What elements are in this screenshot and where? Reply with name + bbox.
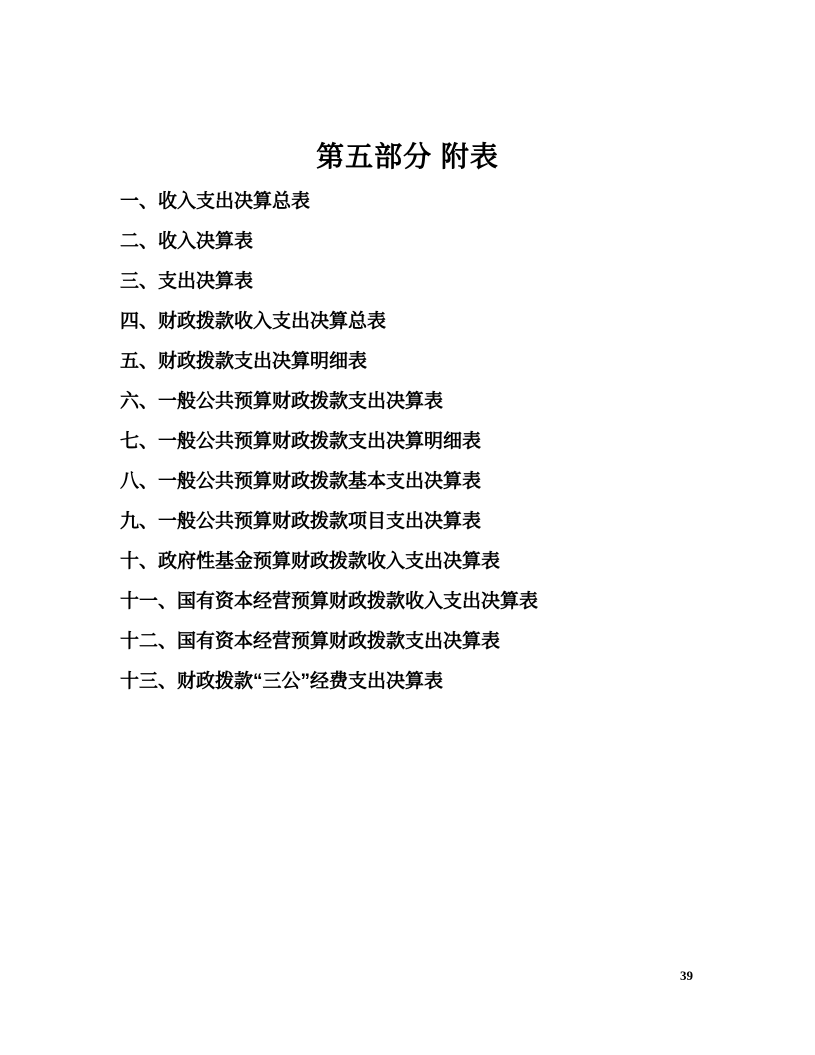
list-item-8: 八、一般公共预算财政拨款基本支出决算表 <box>120 462 755 502</box>
list-item-13: 十三、财政拨款“三公”经费支出决算表 <box>120 662 755 702</box>
list-item-7: 七、一般公共预算财政拨款支出决算明细表 <box>120 422 755 462</box>
page-title: 第五部分 附表 <box>0 137 815 177</box>
document-page: 第五部分 附表 一、收入支出决算总表 二、收入决算表 三、支出决算表 四、财政拨… <box>0 0 815 1055</box>
list-item-10: 十、政府性基金预算财政拨款收入支出决算表 <box>120 542 755 582</box>
list-item-4: 四、财政拨款收入支出决算总表 <box>120 302 755 342</box>
list-item-2: 二、收入决算表 <box>120 222 755 262</box>
list-item-9: 九、一般公共预算财政拨款项目支出决算表 <box>120 502 755 542</box>
list-item-3: 三、支出决算表 <box>120 262 755 302</box>
list-item-11: 十一、国有资本经营预算财政拨款收入支出决算表 <box>120 582 755 622</box>
page-number: 39 <box>680 968 693 984</box>
list-item-6: 六、一般公共预算财政拨款支出决算表 <box>120 382 755 422</box>
list-item-1: 一、收入支出决算总表 <box>120 182 755 222</box>
list-item-5: 五、财政拨款支出决算明细表 <box>120 342 755 382</box>
list-item-12: 十二、国有资本经营预算财政拨款支出决算表 <box>120 622 755 662</box>
appendix-table-list: 一、收入支出决算总表 二、收入决算表 三、支出决算表 四、财政拨款收入支出决算总… <box>120 182 755 702</box>
